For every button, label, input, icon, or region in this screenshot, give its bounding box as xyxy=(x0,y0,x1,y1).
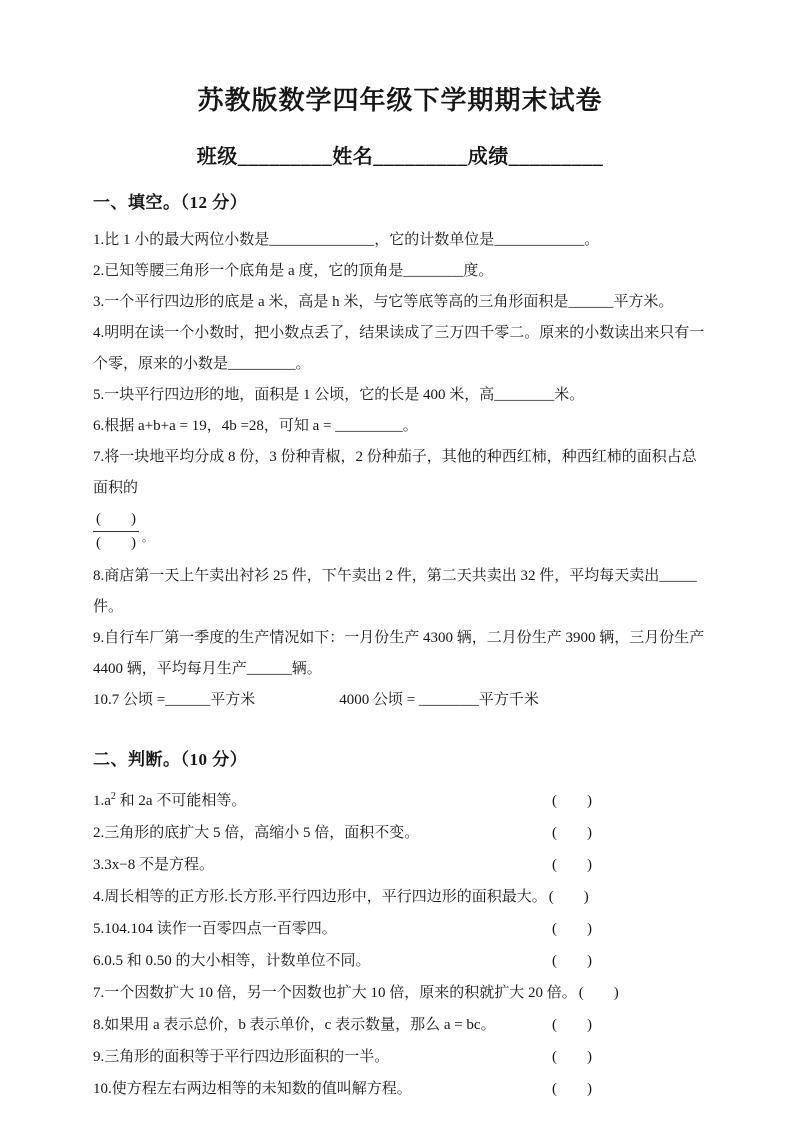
fill-question-10: 10.7 公顷 =______平方米4000 公顷 = ________平方千米 xyxy=(93,685,707,716)
fraction-blank: ( ) ( ) xyxy=(93,509,139,554)
exam-title: 苏教版数学四年级下学期期末试卷 xyxy=(93,84,707,118)
judge-question-3-text: 3.3x−8 不是方程。 xyxy=(93,849,214,881)
judge-question-4: 4.周长相等的正方形.长方形.平行四边形中，平行四边形的面积最大。( ) xyxy=(93,881,707,913)
judge-question-7-text: 7.一个因数扩大 10 倍，另一个因数也扩大 10 倍，原来的积就扩大 20 倍… xyxy=(93,985,577,1001)
judge-question-3: 3.3x−8 不是方程。 ( ) xyxy=(93,849,592,881)
judge-question-10: 10.使方程左右两边相等的未知数的值叫解方程。 ( ) xyxy=(93,1073,592,1105)
answer-bracket: ( ) xyxy=(552,1041,592,1073)
fill-question-7-fraction-line: ( ) ( ) 。 xyxy=(93,507,707,555)
judge-question-9-text: 9.三角形的面积等于平行四边形面积的一半。 xyxy=(93,1041,389,1073)
section2-heading: 二、判断。（10 分） xyxy=(93,746,707,773)
fill-question-4: 4.明明在读一个小数时，把小数点丢了，结果读成了三万四千零二。原来的小数读出来只… xyxy=(93,318,707,380)
answer-bracket: ( ) xyxy=(552,945,592,977)
exam-page: 苏教版数学四年级下学期期末试卷 班级_________姓名_________成绩… xyxy=(0,0,793,1122)
judge-question-7: 7.一个因数扩大 10 倍，另一个因数也扩大 10 倍，原来的积就扩大 20 倍… xyxy=(93,977,707,1009)
class-name-score-line: 班级_________姓名_________成绩_________ xyxy=(93,143,707,171)
judge-question-6-text: 6.0.5 和 0.50 的大小相等，计数单位不同。 xyxy=(93,945,371,977)
judge-question-8-text: 8.如果用 a 表示总价，b 表示单价，c 表示数量，那么 a = bc。 xyxy=(93,1009,496,1041)
fraction-numerator-blank: ( ) xyxy=(93,509,139,532)
judge-question-10-text: 10.使方程左右两边相等的未知数的值叫解方程。 xyxy=(93,1073,412,1105)
fill-question-6: 6.根据 a+b+a = 19，4b =28，可知 a = _________。 xyxy=(93,411,707,442)
fill-question-3: 3.一个平行四边形的底是 a 米，高是 h 米，与它等底等高的三角形面积是___… xyxy=(93,287,707,318)
fraction-period: 。 xyxy=(142,529,153,545)
judge-question-2: 2.三角形的底扩大 5 倍，高缩小 5 倍，面积不变。 ( ) xyxy=(93,817,592,849)
answer-bracket: ( ) xyxy=(549,889,589,905)
judge-question-1-text: 1.a2 和 2a 不可能相等。 xyxy=(93,785,246,817)
judge-question-4-text: 4.周长相等的正方形.长方形.平行四边形中，平行四边形的面积最大。 xyxy=(93,889,547,905)
answer-bracket: ( ) xyxy=(552,785,592,817)
judge-question-5-text: 5.104.104 读作一百零四点一百零四。 xyxy=(93,913,337,945)
judge-question-8: 8.如果用 a 表示总价，b 表示单价，c 表示数量，那么 a = bc。 ( … xyxy=(93,1009,592,1041)
judge-question-6: 6.0.5 和 0.50 的大小相等，计数单位不同。 ( ) xyxy=(93,945,592,977)
answer-bracket: ( ) xyxy=(552,817,592,849)
fill-question-9: 9.自行车厂第一季度的生产情况如下：一月份生产 4300 辆，二月份生产 390… xyxy=(93,623,707,685)
fill-question-5: 5.一块平行四边形的地，面积是 1 公顷，它的长是 400 米，高_______… xyxy=(93,380,707,411)
fill-question-10-right: 4000 公顷 = ________平方千米 xyxy=(339,692,539,708)
judge-question-2-text: 2.三角形的底扩大 5 倍，高缩小 5 倍，面积不变。 xyxy=(93,817,419,849)
section1-heading: 一、填空。（12 分） xyxy=(93,189,707,216)
fill-question-8: 8.商店第一天上午卖出衬衫 25 件，下午卖出 2 件，第二天共卖出 32 件，… xyxy=(93,561,707,623)
judge-question-5: 5.104.104 读作一百零四点一百零四。 ( ) xyxy=(93,913,592,945)
fraction-denominator-blank: ( ) xyxy=(93,532,139,554)
fill-question-1: 1.比 1 小的最大两位小数是______________，它的计数单位是___… xyxy=(93,225,707,256)
fill-question-7: 7.将一块地平均分成 8 份，3 份种青椒，2 份种茄子，其他的种西红柿，种西红… xyxy=(93,442,707,504)
answer-bracket: ( ) xyxy=(552,1009,592,1041)
fill-question-10-left: 10.7 公顷 =______平方米 xyxy=(93,692,255,708)
judge-question-1: 1.a2 和 2a 不可能相等。 ( ) xyxy=(93,785,592,817)
answer-bracket: ( ) xyxy=(552,913,592,945)
answer-bracket: ( ) xyxy=(552,1073,592,1105)
fill-question-2: 2.已知等腰三角形一个底角是 a 度，它的顶角是________度。 xyxy=(93,256,707,287)
judge-question-9: 9.三角形的面积等于平行四边形面积的一半。 ( ) xyxy=(93,1041,592,1073)
answer-bracket: ( ) xyxy=(552,849,592,881)
answer-bracket: ( ) xyxy=(579,985,619,1001)
